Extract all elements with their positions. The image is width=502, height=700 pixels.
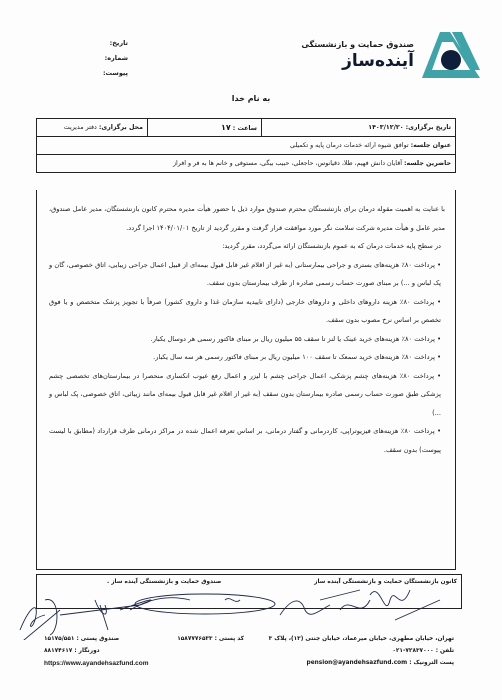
letter-meta: تاریخ: شماره: پیوست:: [88, 36, 128, 81]
footer-po-box: صندوق پستی : ۱۵۱۷۵/۵۵۱: [44, 636, 119, 642]
meeting-time-label: ساعت :: [233, 125, 257, 132]
meeting-attendees-label: حاضرین جلسه:: [404, 160, 451, 167]
footer-website-link[interactable]: https://www.ayandehsazfund.com: [44, 660, 149, 667]
meeting-info-table: تاریخ برگزاری: ۱۴۰۳/۱۲/۲۰ ساعت : ۱۷ محل …: [36, 118, 456, 173]
meeting-date-value: ۱۴۰۳/۱۲/۲۰: [368, 124, 403, 131]
intro-paragraph: با عنایت به اهمیت مقوله درمان برای بازنش…: [49, 200, 445, 237]
list-item: • پرداخت ۸۰٪ هزینه‌های چشم پزشکی، اعمال …: [49, 367, 445, 423]
bismillah-heading: به نام خدا: [0, 94, 502, 103]
meeting-title-value: توافق شیوه ارائه خدمات درمان پایه و تکمی…: [290, 142, 409, 149]
list-item: • پرداخت ۸۰٪ هزینه‌های فیزیوتراپی، کاردر…: [49, 422, 445, 459]
minutes-body: با عنایت به اهمیت مقوله درمان برای بازنش…: [36, 190, 456, 570]
list-item: • پرداخت ۸۰٪ هزینه‌های بستری و جراحی بیم…: [49, 256, 445, 293]
number-label: شماره:: [88, 51, 128, 66]
attachment-label: پیوست:: [88, 66, 128, 81]
meeting-location-value: دفتر مدیریت: [64, 124, 97, 131]
meeting-location-label: محل برگزاری:: [99, 124, 143, 131]
fund-logo-icon: [420, 30, 482, 80]
footer-contact: تهران، خیابان مطهری، خیابان میرعماد، خیا…: [44, 636, 454, 672]
meeting-time-value: ۱۷: [221, 123, 231, 132]
list-item: • پرداخت ۸۰٪ هزینه‌های خرید سمعک تا سقف …: [49, 348, 445, 367]
footer-address: تهران، خیابان مطهری، خیابان میرعماد، خیا…: [269, 636, 454, 642]
meeting-time-cell: ساعت : ۱۷: [148, 119, 262, 137]
handwritten-signatures-icon: [0, 560, 502, 640]
section-intro: در سطح پایه خدمات درمان که به عموم بازنش…: [49, 237, 445, 256]
org-subtitle: صندوق حمایت و بازنشستگی: [301, 40, 414, 49]
date-label: تاریخ:: [88, 36, 128, 51]
meeting-date-label: تاریخ برگزاری:: [406, 124, 451, 131]
footer-email-link[interactable]: پست الترونیک : pension@ayandehsazfund.co…: [307, 660, 454, 666]
meeting-attendees-value: آقایان دانش فهیم، طلا، دقیانوس، حاجعلی، …: [173, 160, 402, 167]
list-item: • پرداخت ۸۰٪ هزینه‌های خرید عینک یا لنز …: [49, 330, 445, 349]
list-item: • پرداخت ۸۰٪ هزینه داروهای داخلی و داروه…: [49, 293, 445, 330]
footer-postal-code: کد پستی : ۱۵۸۷۷۷۶۵۳۳: [177, 636, 244, 642]
meeting-location-cell: محل برگزاری: دفتر مدیریت: [37, 119, 148, 137]
footer-phone: تلفن : ۷۲۸۳۷۰۰۰-۰۲۱: [392, 648, 454, 654]
brand-block: صندوق حمایت و بازنشستگی آینده‌ساز: [301, 40, 414, 71]
meeting-attendees-cell: حاضرین جلسه: آقایان دانش فهیم، طلا، دقیا…: [37, 155, 456, 173]
meeting-date-cell: تاریخ برگزاری: ۱۴۰۳/۱۲/۲۰: [262, 119, 456, 137]
footer-fax: دورنگار : ۸۸۱۷۴۶۱۷: [44, 648, 100, 654]
org-name: آینده‌ساز: [301, 51, 414, 71]
meeting-title-cell: عنوان جلسه: توافق شیوه ارائه خدمات درمان…: [37, 137, 456, 155]
meeting-title-label: عنوان جلسه:: [411, 142, 451, 149]
document-page: صندوق حمایت و بازنشستگی آینده‌ساز تاریخ:…: [0, 0, 502, 700]
